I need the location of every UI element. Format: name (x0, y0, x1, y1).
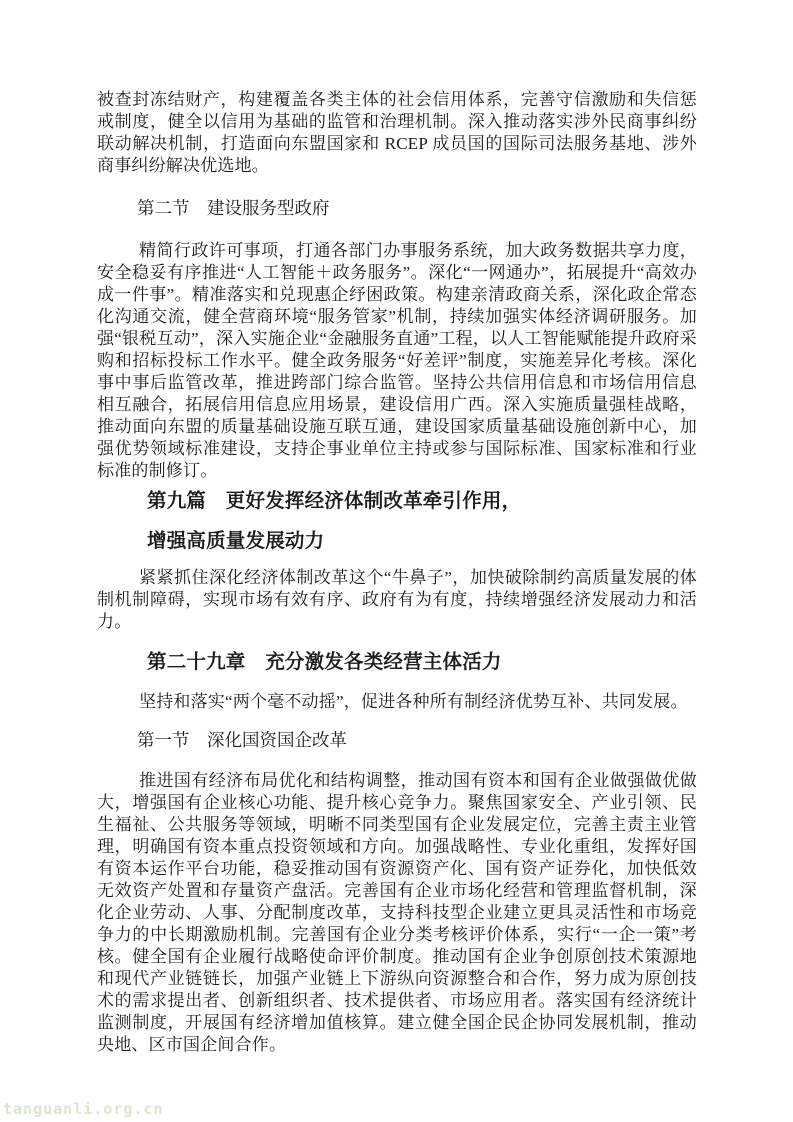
heading-chapter-29: 第二十九章 充分激发各类经营主体活力 (97, 649, 697, 675)
paragraph-chapter-29-intro: 坚持和落实“两个毫不动摇”，促进各种所有制经济优势互补、共同发展。 (97, 691, 697, 713)
watermark-text: tanguanli.org.cn (3, 1100, 164, 1118)
paragraph-soe-reform: 推进国有经济布局优化和结构调整，推动国有资本和国有企业做强做优做大，增强国有企业… (97, 770, 697, 1056)
document-page: 被查封冻结财产，构建覆盖各类主体的社会信用体系，完善守信激励和失信惩戒制度，健全… (0, 0, 793, 1122)
heading-part-9-line-2: 增强高质量发展动力 (97, 528, 697, 554)
heading-part-9-line-1: 第九篇 更好发挥经济体制改革牵引作用， (97, 488, 697, 514)
paragraph-part-9-intro: 紧紧抓住深化经济体制改革这个“牛鼻子”，加快破除制约高质量发展的体制机制障碍，实… (97, 567, 697, 633)
heading-section-1-soe-reform: 第一节 深化国资国企改革 (97, 728, 697, 752)
carryover-paragraph: 被查封冻结财产，构建覆盖各类主体的社会信用体系，完善守信激励和失信惩戒制度，健全… (97, 89, 697, 177)
heading-section-2-service-government: 第二节 建设服务型政府 (97, 196, 697, 220)
document-content: 被查封冻结财产，构建覆盖各类主体的社会信用体系，完善守信激励和失信惩戒制度，健全… (97, 89, 697, 1056)
paragraph-service-government: 精简行政许可事项，打通各部门办事服务系统，加大政务数据共享力度，安全稳妥有序推进… (97, 240, 697, 482)
